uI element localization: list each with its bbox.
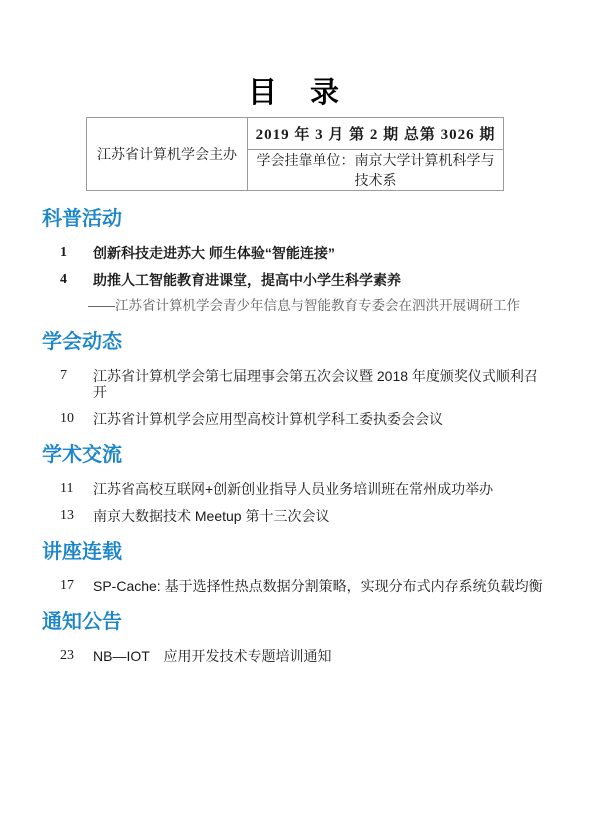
item-title: 江苏省高校互联网+创新创业指导人员业务培训班在常州成功举办 [93, 481, 493, 497]
section-society-news: 学会动态 7 江苏省计算机学会第七届理事会第五次会议暨 2018 年度颁奖仪式顺… [42, 329, 549, 427]
issue-line-cell: 2019 年 3 月 第 2 期 总第 3026 期 [248, 118, 504, 150]
toc-item: 10 江苏省计算机学会应用型高校计算机学科工委执委会会议 [60, 411, 549, 427]
publisher-cell: 江苏省计算机学会主办 [87, 118, 248, 191]
item-subtitle: ——江苏省计算机学会青少年信息与智能教育专委会在泗洪开展调研工作 [88, 298, 549, 314]
section-heading: 讲座连载 [42, 539, 549, 565]
section-heading: 学术交流 [42, 442, 549, 468]
item-page-number: 10 [60, 411, 93, 427]
toc-item: 13 南京大数据技术 Meetup 第十三次会议 [60, 508, 549, 524]
item-page-number: 13 [60, 508, 93, 524]
toc-item: 17 SP-Cache: 基于选择性热点数据分割策略，实现分布式内存系统负载均衡 [60, 578, 549, 594]
item-page-number: 1 [60, 245, 93, 261]
section-heading: 科普活动 [42, 206, 549, 232]
item-title: 南京大数据技术 Meetup 第十三次会议 [93, 508, 329, 524]
masthead-table: 江苏省计算机学会主办 2019 年 3 月 第 2 期 总第 3026 期 学会… [86, 117, 504, 191]
table-of-contents: 科普活动 1 创新科技走进苏大 师生体验“智能连接” 4 助推人工智能教育进课堂… [42, 206, 549, 664]
item-title: NB—IOT 应用开发技术专题培训通知 [93, 648, 332, 664]
toc-item: 23 NB—IOT 应用开发技术专题培训通知 [60, 648, 549, 664]
section-notices: 通知公告 23 NB—IOT 应用开发技术专题培训通知 [42, 609, 549, 664]
item-title: 助推人工智能教育进课堂，提高中小学生科学素养 [93, 272, 401, 288]
item-title: 江苏省计算机学会第七届理事会第五次会议暨 2018 年度颁奖仪式顺利召开 [93, 368, 549, 400]
section-science-popularization: 科普活动 1 创新科技走进苏大 师生体验“智能连接” 4 助推人工智能教育进课堂… [42, 206, 549, 314]
toc-item: 11 江苏省高校互联网+创新创业指导人员业务培训班在常州成功举办 [60, 481, 549, 497]
item-page-number: 23 [60, 648, 93, 664]
section-heading: 学会动态 [42, 329, 549, 355]
item-title: SP-Cache: 基于选择性热点数据分割策略，实现分布式内存系统负载均衡 [93, 578, 543, 594]
item-page-number: 17 [60, 578, 93, 594]
item-page-number: 11 [60, 481, 93, 497]
section-academic-exchange: 学术交流 11 江苏省高校互联网+创新创业指导人员业务培训班在常州成功举办 13… [42, 442, 549, 524]
section-heading: 通知公告 [42, 609, 549, 635]
item-page-number: 7 [60, 368, 93, 400]
toc-item: 4 助推人工智能教育进课堂，提高中小学生科学素养 [60, 272, 549, 288]
affiliation-line-cell: 学会挂靠单位：南京大学计算机科学与技术系 [248, 150, 504, 191]
page-title: 目 录 [0, 0, 589, 110]
section-lecture-series: 讲座连载 17 SP-Cache: 基于选择性热点数据分割策略，实现分布式内存系… [42, 539, 549, 594]
item-title: 创新科技走进苏大 师生体验“智能连接” [93, 245, 335, 261]
document-page: 目 录 江苏省计算机学会主办 2019 年 3 月 第 2 期 总第 3026 … [0, 0, 589, 836]
item-page-number: 4 [60, 272, 93, 288]
toc-item: 7 江苏省计算机学会第七届理事会第五次会议暨 2018 年度颁奖仪式顺利召开 [60, 368, 549, 400]
item-title: 江苏省计算机学会应用型高校计算机学科工委执委会会议 [93, 411, 443, 427]
toc-item: 1 创新科技走进苏大 师生体验“智能连接” [60, 245, 549, 261]
